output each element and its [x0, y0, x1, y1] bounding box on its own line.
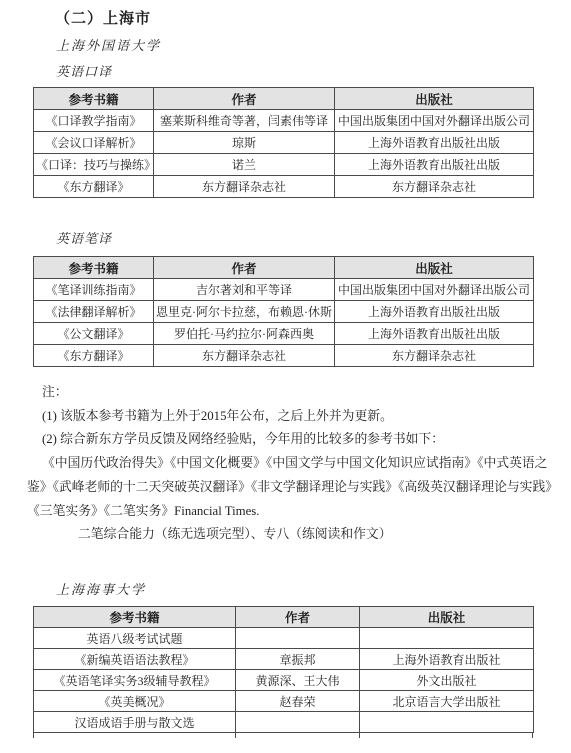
table-border-stub [359, 733, 360, 738]
col-header-book: 参考书籍 [34, 257, 154, 279]
smu-reference-table: 参考书籍 作者 出版社 英语八级考试试题 《新编英语语法教程》 章振邦 上海外语… [33, 606, 534, 733]
section-heading: （二）上海市 [55, 9, 151, 29]
table-row: 《笔译训练指南》 吉尔著刘和平等译 中国出版集团中国对外翻译出版公司 [34, 279, 534, 301]
table-row: 英语八级考试试题 [34, 628, 534, 649]
author-cell: 东方翻译杂志社 [154, 345, 335, 367]
note-item-1: (1) 该版本参考书籍为上外于2015年公布，之后上外并为更新。 [27, 405, 537, 429]
author-cell: 吉尔著刘和平等译 [154, 279, 335, 301]
book-cell: 《笔译训练指南》 [34, 279, 154, 301]
col-header-author: 作者 [154, 88, 335, 110]
publisher-cell: 北京语言大学出版社 [360, 691, 534, 712]
publisher-cell: 上海外语教育出版社出版 [335, 154, 534, 176]
author-cell [236, 712, 360, 733]
book-cell: 《口译：技巧与操练》 [34, 154, 154, 176]
book-cell: 《东方翻译》 [34, 345, 154, 367]
recommended-books-line-3: 《三笔实务》《二笔实务》Financial Times. [27, 500, 537, 524]
author-cell: 黄源深、王大伟 [236, 670, 360, 691]
school-name-smu: 上海海事大学 [56, 582, 146, 598]
table-row: 《英语笔译实务3级辅导教程》 黄源深、王大伟 外文出版社 [34, 670, 534, 691]
table-header-row: 参考书籍 作者 出版社 [34, 257, 534, 279]
publisher-cell: 上海外语教育出版社 [360, 649, 534, 670]
table-row: 《东方翻译》 东方翻译杂志社 东方翻译杂志社 [34, 345, 534, 367]
book-cell: 《英美概况》 [34, 691, 236, 712]
author-cell: 诺兰 [154, 154, 335, 176]
notes-label: 注： [27, 381, 537, 405]
author-cell: 章振邦 [236, 649, 360, 670]
publisher-cell: 中国出版集团中国对外翻译出版公司 [335, 110, 534, 132]
col-header-author: 作者 [154, 257, 335, 279]
author-cell [236, 628, 360, 649]
book-cell: 《公文翻译》 [34, 323, 154, 345]
table-row: 《新编英语语法教程》 章振邦 上海外语教育出版社 [34, 649, 534, 670]
table-row: 《法律翻译解析》 恩里克·阿尔卡拉慈，布赖恩·休斯 上海外语教育出版社出版 [34, 301, 534, 323]
table-row: 《公文翻译》 罗伯托·马约拉尔·阿森西奥 上海外语教育出版社出版 [34, 323, 534, 345]
recommended-books-line-1: 《中国历代政治得失》《中国文化概要》《中国文学与中国文化知识应试指南》《中式英语… [27, 452, 537, 476]
book-cell: 《会议口译解析》 [34, 132, 154, 154]
book-cell: 《英语笔译实务3级辅导教程》 [34, 670, 236, 691]
col-header-book: 参考书籍 [34, 607, 236, 628]
table-row: 《英美概况》 赵春荣 北京语言大学出版社 [34, 691, 534, 712]
author-cell: 东方翻译杂志社 [154, 176, 335, 198]
book-cell: 《法律翻译解析》 [34, 301, 154, 323]
publisher-cell: 上海外语教育出版社出版 [335, 323, 534, 345]
table-row: 《口译教学指南》 塞莱斯科维奇等著，闫素伟等译 中国出版集团中国对外翻译出版公司 [34, 110, 534, 132]
publisher-cell: 上海外语教育出版社出版 [335, 132, 534, 154]
author-cell: 琼斯 [154, 132, 335, 154]
col-header-author: 作者 [236, 607, 360, 628]
table-header-row: 参考书籍 作者 出版社 [34, 88, 534, 110]
author-cell: 赵春荣 [236, 691, 360, 712]
program-label-translation: 英语笔译 [56, 231, 112, 247]
col-header-book: 参考书籍 [34, 88, 154, 110]
book-cell: 汉语成语手册与散文选 [34, 712, 236, 733]
book-cell: 《口译教学指南》 [34, 110, 154, 132]
table-row: 《东方翻译》 东方翻译杂志社 东方翻译杂志社 [34, 176, 534, 198]
school-name-shisu: 上海外国语大学 [56, 38, 161, 54]
notes-block: 注： (1) 该版本参考书籍为上外于2015年公布，之后上外并为更新。 (2) … [27, 381, 537, 547]
table-header-row: 参考书籍 作者 出版社 [34, 607, 534, 628]
table-border-stub [33, 733, 34, 738]
recommended-books-line-2: 鉴》《武峰老师的十二天突破英汉翻译》《非文学翻译理论与实践》《高级英汉翻译理论与… [27, 476, 537, 500]
col-header-publisher: 出版社 [360, 607, 534, 628]
table-row: 《会议口译解析》 琼斯 上海外语教育出版社出版 [34, 132, 534, 154]
publisher-cell: 中国出版集团中国对外翻译出版公司 [335, 279, 534, 301]
book-cell: 《新编英语语法教程》 [34, 649, 236, 670]
publisher-cell: 上海外语教育出版社出版 [335, 301, 534, 323]
author-cell: 塞莱斯科维奇等著，闫素伟等译 [154, 110, 335, 132]
author-cell: 罗伯托·马约拉尔·阿森西奥 [154, 323, 335, 345]
note-item-2: (2) 综合新东方学员反馈及网络经验贴，今年用的比较多的参考书如下： [27, 428, 537, 452]
book-cell: 英语八级考试试题 [34, 628, 236, 649]
book-cell: 《东方翻译》 [34, 176, 154, 198]
table-row: 汉语成语手册与散文选 [34, 712, 534, 733]
table-border-stub [235, 733, 236, 738]
table-row: 《口译：技巧与操练》 诺兰 上海外语教育出版社出版 [34, 154, 534, 176]
col-header-publisher: 出版社 [335, 257, 534, 279]
publisher-cell: 外文出版社 [360, 670, 534, 691]
publisher-cell [360, 628, 534, 649]
author-cell: 恩里克·阿尔卡拉慈，布赖恩·休斯 [154, 301, 335, 323]
interpretation-reference-table: 参考书籍 作者 出版社 《口译教学指南》 塞莱斯科维奇等著，闫素伟等译 中国出版… [33, 87, 534, 198]
program-label-interpretation: 英语口译 [56, 64, 112, 80]
col-header-publisher: 出版社 [335, 88, 534, 110]
publisher-cell: 东方翻译杂志社 [335, 176, 534, 198]
practice-advice-line: 二笔综合能力（练无选项完型）、专八（练阅读和作文） [27, 523, 537, 547]
table-border-stub [532, 733, 533, 738]
publisher-cell: 东方翻译杂志社 [335, 345, 534, 367]
translation-reference-table: 参考书籍 作者 出版社 《笔译训练指南》 吉尔著刘和平等译 中国出版集团中国对外… [33, 256, 534, 367]
document-page: （二）上海市 上海外国语大学 英语口译 参考书籍 作者 出版社 《口译教学指南》… [0, 0, 571, 753]
publisher-cell [360, 712, 534, 733]
